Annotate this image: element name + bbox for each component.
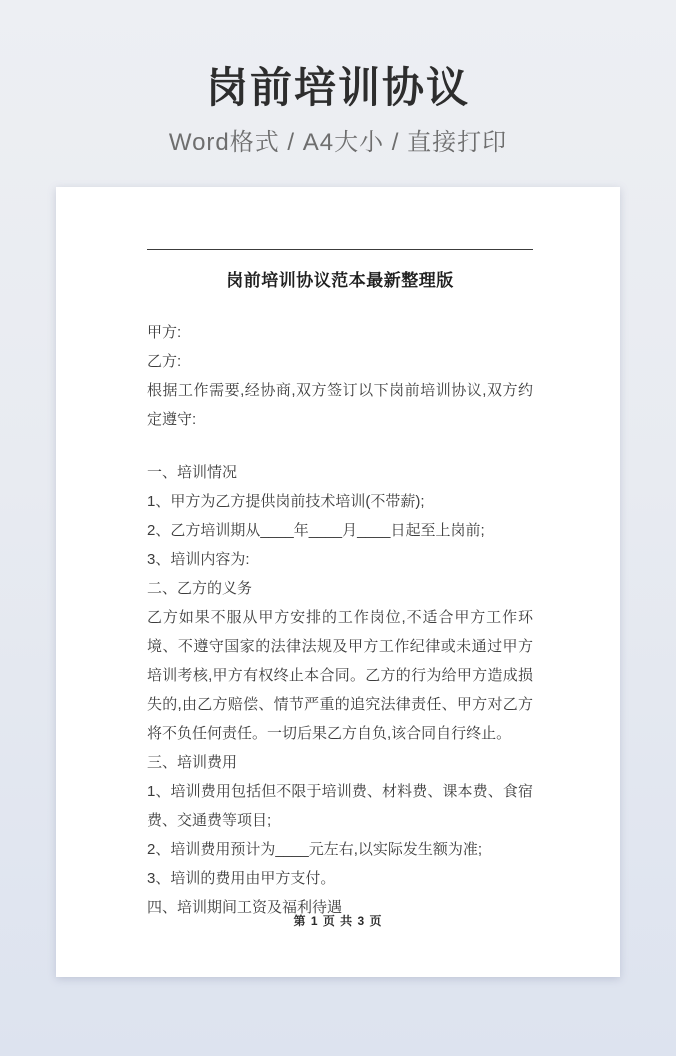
party-a-line: 甲方: <box>147 318 533 347</box>
document-top-rule <box>147 249 533 250</box>
document-title: 岗前培训协议范本最新整理版 <box>147 271 533 291</box>
section-1-item-2: 2、乙方培训期从____年____月____日起至上岗前; <box>147 516 533 545</box>
document-body: 甲方: 乙方: 根据工作需要,经协商,双方签订以下岗前培训协议,双方约定遵守: … <box>147 318 533 922</box>
section-2-paragraph: 乙方如果不服从甲方安排的工作岗位,不适合甲方工作环境、不遵守国家的法律法规及甲方… <box>147 603 533 748</box>
page-subtitle: Word格式 / A4大小 / 直接打印 <box>0 122 676 157</box>
section-1-item-3: 3、培训内容为: <box>147 545 533 574</box>
page-number-footer: 第 1 页 共 3 页 <box>56 912 620 929</box>
section-3-item-3: 3、培训的费用由甲方支付。 <box>147 864 533 893</box>
party-b-line: 乙方: <box>147 347 533 376</box>
section-3-heading: 三、培训费用 <box>147 748 533 777</box>
section-1-item-1: 1、甲方为乙方提供岗前技术培训(不带薪); <box>147 487 533 516</box>
page-background: 岗前培训协议 Word格式 / A4大小 / 直接打印 岗前培训协议范本最新整理… <box>0 0 676 1056</box>
page-title: 岗前培训协议 <box>0 63 676 113</box>
document-sheet: 岗前培训协议范本最新整理版 甲方: 乙方: 根据工作需要,经协商,双方签订以下岗… <box>56 187 620 977</box>
header-banner: 岗前培训协议 Word格式 / A4大小 / 直接打印 <box>0 0 676 157</box>
section-1-heading: 一、培训情况 <box>147 458 533 487</box>
preamble-line: 根据工作需要,经协商,双方签订以下岗前培训协议,双方约定遵守: <box>147 376 533 434</box>
section-3-item-1: 1、培训费用包括但不限于培训费、材料费、课本费、食宿费、交通费等项目; <box>147 777 533 835</box>
section-3-item-2: 2、培训费用预计为____元左右,以实际发生额为准; <box>147 835 533 864</box>
section-2-heading: 二、乙方的义务 <box>147 574 533 603</box>
